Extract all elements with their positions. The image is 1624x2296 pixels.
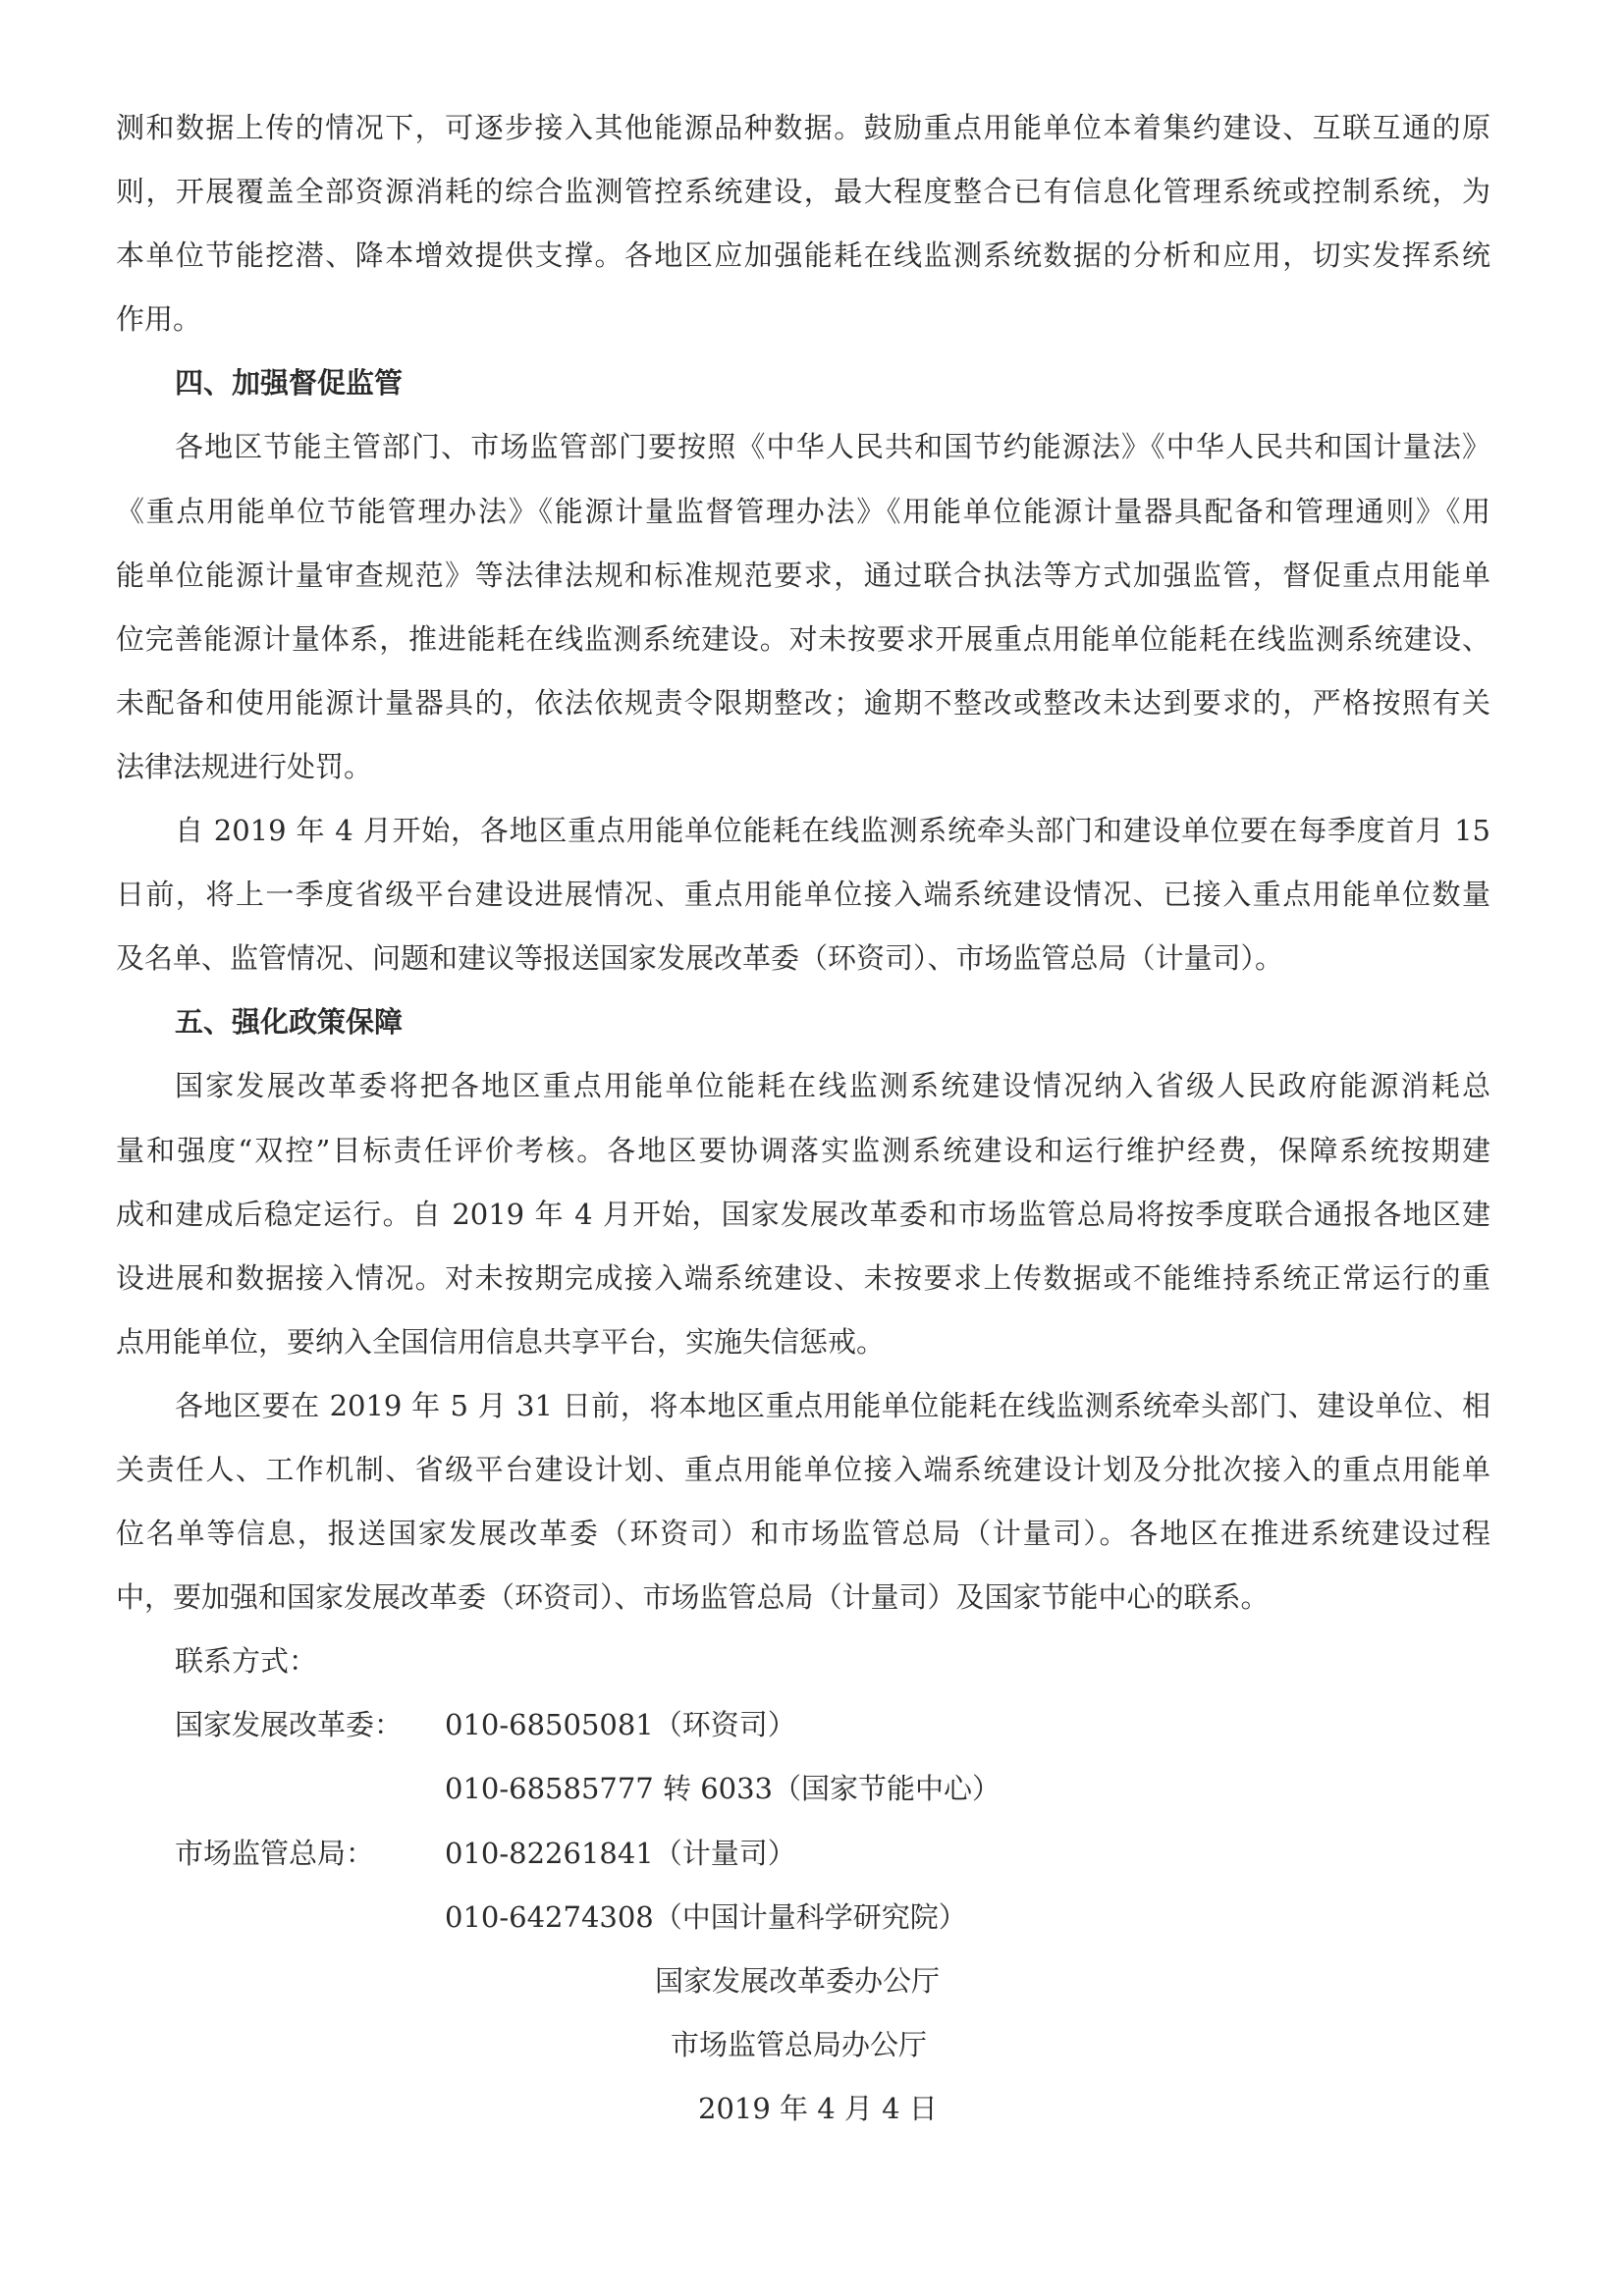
signature-line: 国家发展改革委办公厅 (116, 1949, 1490, 2013)
section-heading: 五、强化政策保障 (116, 990, 1490, 1054)
paragraph-line: 设进展和数据接入情况。对未按期完成接入端系统建设、未按要求上传数据或不能维持系统… (116, 1247, 1490, 1310)
paragraph-line: 则，开展覆盖全部资源消耗的综合监测管控系统建设，最大程度整合已有信息化管理系统或… (116, 160, 1490, 224)
issuer-1: 国家发展改革委办公厅 (655, 1949, 940, 2013)
paragraph-line: 关责任人、工作机制、省级平台建设计划、重点用能单位接入端系统建设计划及分批次接入… (116, 1438, 1490, 1502)
contact-org: 市场监管总局： (175, 1822, 374, 1886)
section-5-paragraph-2: 各地区要在 2019 年 5 月 31 日前，将本地区重点用能单位能耗在线监测系… (116, 1374, 1490, 1629)
section-heading: 四、加强督促监管 (116, 351, 1490, 415)
issuer-2: 市场监管总局办公厅 (671, 2013, 927, 2077)
paragraph-line: 自 2019 年 4 月开始，各地区重点用能单位能耗在线监测系统牵头部门和建设单… (116, 799, 1490, 863)
signature-block: 国家发展改革委办公厅 市场监管总局办公厅 2019 年 4 月 4 日 (116, 1949, 1490, 2141)
intro-paragraph: 测和数据上传的情况下，可逐步接入其他能源品种数据。鼓励重点用能单位本着集约建设、… (116, 96, 1490, 351)
paragraph-line: 中，要加强和国家发展改革委（环资司）、市场监管总局（计量司）及国家节能中心的联系… (116, 1566, 1490, 1629)
contact-row: 国家发展改革委： 010-68505081（环资司） (116, 1693, 1490, 1757)
paragraph-line: 能单位能源计量审查规范》等法律法规和标准规范要求，通过联合执法等方式加强监管，督… (116, 544, 1490, 608)
signature-line: 市场监管总局办公厅 (116, 2013, 1490, 2077)
paragraph-line: 及名单、监管情况、问题和建议等报送国家发展改革委（环资司）、市场监管总局（计量司… (116, 927, 1490, 990)
paragraph-line: 法律法规进行处罚。 (116, 735, 1490, 799)
contact-org: 国家发展改革委： (175, 1693, 403, 1757)
paragraph-line: 成和建成后稳定运行。自 2019 年 4 月开始，国家发展改革委和市场监管总局将… (116, 1183, 1490, 1247)
section-4-paragraph-2: 自 2019 年 4 月开始，各地区重点用能单位能耗在线监测系统牵头部门和建设单… (116, 799, 1490, 990)
contact-row: 010-64274308（中国计量科学研究院） (116, 1886, 1490, 1949)
contact-phone: 010-68585777 转 6033（国家节能中心） (445, 1757, 1001, 1821)
contact-phone: 010-82261841（计量司） (445, 1822, 796, 1886)
paragraph-line: 本单位节能挖潜、降本增效提供支撑。各地区应加强能耗在线监测系统数据的分析和应用，… (116, 224, 1490, 288)
paragraph-line: 国家发展改革委将把各地区重点用能单位能耗在线监测系统建设情况纳入省级人民政府能源… (116, 1054, 1490, 1118)
paragraph-line: 各地区节能主管部门、市场监管部门要按照《中华人民共和国节约能源法》《中华人民共和… (116, 415, 1490, 479)
contact-info: 联系方式： 国家发展改革委： 010-68505081（环资司） 010-685… (116, 1629, 1490, 1949)
contact-row: 市场监管总局： 010-82261841（计量司） (116, 1822, 1490, 1886)
contact-phone: 010-68505081（环资司） (445, 1693, 796, 1757)
issue-date: 2019 年 4 月 4 日 (698, 2077, 938, 2141)
section-5: 五、强化政策保障 国家发展改革委将把各地区重点用能单位能耗在线监测系统建设情况纳… (116, 990, 1490, 1629)
contact-phone: 010-64274308（中国计量科学研究院） (445, 1886, 967, 1949)
section-4: 四、加强督促监管 各地区节能主管部门、市场监管部门要按照《中华人民共和国节约能源… (116, 351, 1490, 990)
paragraph-line: 未配备和使用能源计量器具的，依法依规责令限期整改；逾期不整改或整改未达到要求的，… (116, 671, 1490, 735)
paragraph-line: 各地区要在 2019 年 5 月 31 日前，将本地区重点用能单位能耗在线监测系… (116, 1374, 1490, 1438)
document-page: 测和数据上传的情况下，可逐步接入其他能源品种数据。鼓励重点用能单位本着集约建设、… (116, 96, 1490, 2141)
section-4-paragraph-1: 各地区节能主管部门、市场监管部门要按照《中华人民共和国节约能源法》《中华人民共和… (116, 415, 1490, 799)
paragraph-line: 测和数据上传的情况下，可逐步接入其他能源品种数据。鼓励重点用能单位本着集约建设、… (116, 96, 1490, 160)
paragraph-line: 《重点用能单位节能管理办法》《能源计量监督管理办法》《用能单位能源计量器具配备和… (116, 480, 1490, 544)
paragraph-line: 作用。 (116, 288, 1490, 351)
paragraph-line: 位完善能源计量体系，推进能耗在线监测系统建设。对未按要求开展重点用能单位能耗在线… (116, 608, 1490, 671)
paragraph-line: 日前，将上一季度省级平台建设进展情况、重点用能单位接入端系统建设情况、已接入重点… (116, 863, 1490, 927)
section-5-paragraph-1: 国家发展改革委将把各地区重点用能单位能耗在线监测系统建设情况纳入省级人民政府能源… (116, 1054, 1490, 1373)
paragraph-line: 位名单等信息，报送国家发展改革委（环资司）和市场监管总局（计量司）。各地区在推进… (116, 1502, 1490, 1566)
contact-row: 010-68585777 转 6033（国家节能中心） (116, 1757, 1490, 1821)
signature-line: 2019 年 4 月 4 日 (116, 2077, 1490, 2141)
paragraph-line: 点用能单位，要纳入全国信用信息共享平台，实施失信惩戒。 (116, 1310, 1490, 1374)
contact-label: 联系方式： (116, 1629, 1490, 1693)
paragraph-line: 量和强度“双控”目标责任评价考核。各地区要协调落实监测系统建设和运行维护经费，保… (116, 1119, 1490, 1183)
